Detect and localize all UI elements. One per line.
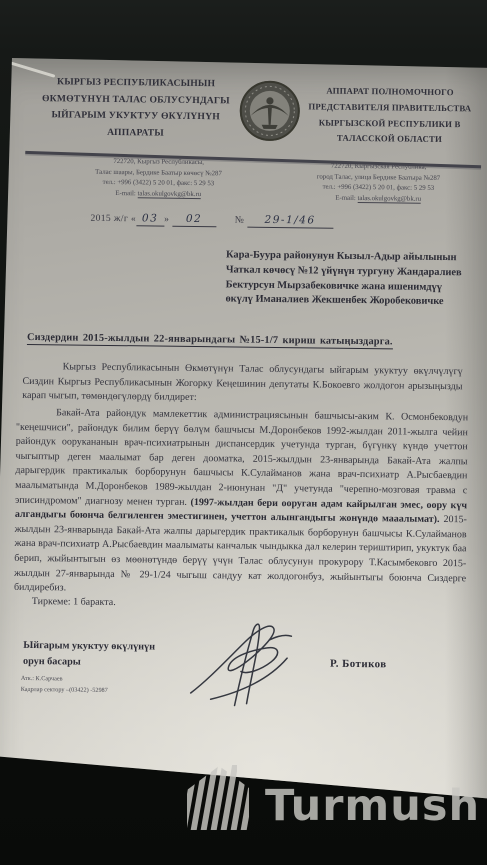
email-label: E-mail: bbox=[115, 190, 135, 197]
address-russian: 722720, Кыргызская Республика, город Тал… bbox=[286, 161, 472, 205]
email-address: talas.okulgovkg@bk.ru bbox=[357, 195, 421, 204]
email-address: talas.okulgovkg@bk.ru bbox=[137, 190, 201, 199]
signatory-title: Ыйгарым укуктуу өкүлүнүн орун басары bbox=[23, 638, 203, 672]
signatory-title-line: орун басары bbox=[23, 654, 203, 672]
body-paragraph-2-start: Бакай-Ата райондук мамлекеттик администр… bbox=[15, 407, 468, 507]
executor-note: Атк.: К.Сарчаев Кадрлар сектору –(03422)… bbox=[21, 674, 108, 696]
turmush-logo-icon: Turmush bbox=[183, 760, 483, 835]
signature-scribble-icon bbox=[182, 614, 301, 713]
org-ru-line: ТАЛАССКОЙ ОБЛАСТИ bbox=[303, 131, 475, 149]
subject-line: Сиздердин 2015-жылдын 22-январындагы №15… bbox=[27, 332, 393, 349]
handwritten-signature bbox=[182, 614, 301, 713]
turmush-wordmark: Turmush bbox=[265, 781, 480, 831]
email-label: E-mail: bbox=[335, 194, 355, 201]
paper-sheet: КЫРГЫЗ РЕСПУБЛИКАСЫНЫН ӨКМӨТҮНҮН ТАЛАС О… bbox=[0, 54, 487, 814]
body-paragraph-2-end: 2015-жылдын 23-январында Бакай-Ата жалпы… bbox=[14, 514, 467, 593]
emblem-seal-icon bbox=[237, 79, 302, 144]
org-ru-line: АППАРАТ ПОЛНОМОЧНОГО bbox=[304, 83, 476, 101]
body-paragraph-1: Кыргыз Республикасынын Өкмөтүнүн Талас о… bbox=[22, 360, 463, 409]
photographed-letter: КЫРГЫЗ РЕСПУБЛИКАСЫНЫН ӨКМӨТҮНҮН ТАЛАС О… bbox=[0, 0, 487, 865]
ref-month-handwritten: 02 bbox=[172, 214, 216, 227]
org-name-russian: АППАРАТ ПОЛНОМОЧНОГО ПРЕДСТАВИТЕЛЯ ПРАВИ… bbox=[303, 83, 476, 148]
attachment-note: Тиркеме: 1 баракта. bbox=[32, 596, 116, 608]
executor-line: Кадрлар сектору –(03422) -52987 bbox=[21, 684, 108, 696]
email-line: E-mail: talas.okulgovkg@bk.ru bbox=[286, 193, 471, 206]
state-emblem-icon bbox=[237, 79, 302, 144]
signatory-name: Р. Ботиков bbox=[330, 658, 387, 671]
ref-day-handwritten: 03 bbox=[136, 213, 164, 226]
org-kg-line: КЫРГЫЗ РЕСПУБЛИКАСЫНЫН bbox=[32, 74, 240, 93]
address-kyrgyz: 722720, Кыргыз Республикасы, Талас шаары… bbox=[51, 156, 266, 201]
ref-number-label: № bbox=[235, 215, 245, 225]
signatory-title-line: Ыйгарым укуктуу өкүлүнүн bbox=[23, 638, 203, 656]
letter-content: КЫРГЫЗ РЕСПУБЛИКАСЫНЫН ӨКМӨТҮНҮН ТАЛАС О… bbox=[0, 54, 487, 820]
org-name-kyrgyz: КЫРГЫЗ РЕСПУБЛИКАСЫНЫН ӨКМӨТҮНҮН ТАЛАС О… bbox=[31, 74, 240, 143]
org-kg-line: АППАРАТЫ bbox=[31, 123, 239, 142]
ref-year-label: 2015 ж/г bbox=[90, 214, 128, 224]
reference-line: 2015 ж/г «03» 02 № 29-1/46 bbox=[90, 213, 333, 229]
org-kg-line: ЫЙГАРЫМ УКУКТУУ ӨКҮЛҮНҮН bbox=[32, 107, 240, 126]
body-paragraph-2: Бакай-Ата райондук мамлекеттик администр… bbox=[14, 406, 468, 601]
email-line: E-mail: talas.okulgovkg@bk.ru bbox=[51, 188, 266, 201]
ref-number-handwritten: 29-1/46 bbox=[247, 215, 333, 229]
addressee-block: Кара-Буура районунун Кызыл-Адыр айылынын… bbox=[225, 248, 463, 310]
turmush-watermark: Turmush bbox=[183, 760, 483, 835]
org-ru-line: КЫРГЫЗСКОЙ РЕСПУБЛИКИ В bbox=[304, 115, 476, 133]
turmush-house-icon bbox=[183, 760, 270, 835]
executor-line: Атк.: К.Сарчаев bbox=[21, 674, 108, 686]
ref-quote-close: » bbox=[164, 215, 169, 225]
org-ru-line: ПРЕДСТАВИТЕЛЯ ПРАВИТЕЛЬСТВА bbox=[304, 99, 476, 117]
